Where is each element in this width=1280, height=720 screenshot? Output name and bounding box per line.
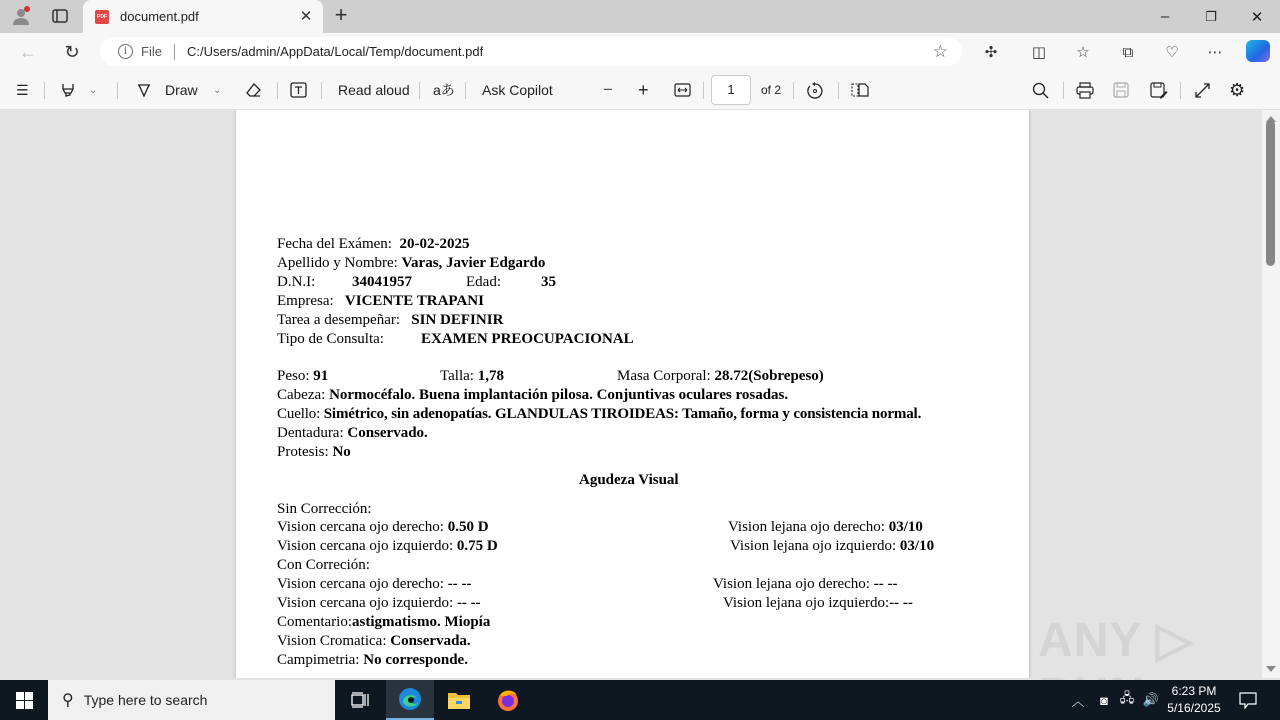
- address-toolbar: ← ↻ i File C:/Users/admin/AppData/Local/…: [0, 33, 1280, 70]
- apellido-nombre: Apellido y Nombre: Varas, Javier Edgardo: [277, 254, 545, 273]
- ask-copilot-button[interactable]: Ask Copilot: [482, 78, 553, 102]
- sin-cerca-der: Vision cercana ojo derecho: 0.50 D: [277, 518, 489, 537]
- campimetria: Campimetria: No corresponde.: [277, 651, 468, 670]
- settings-gear-icon[interactable]: ⚙: [1229, 78, 1245, 102]
- sin-cerca-izq: Vision cercana ojo izquierdo: 0.75 D: [277, 537, 498, 556]
- back-icon[interactable]: ←: [14, 39, 42, 65]
- tipo-consulta: Tipo de Consulta:: [277, 330, 384, 349]
- collections-icon[interactable]: ⧉: [1116, 41, 1140, 63]
- draw-label: Draw: [165, 82, 198, 98]
- peso: Peso: 91: [277, 367, 328, 386]
- divider: [321, 82, 322, 99]
- new-tab-button[interactable]: +: [330, 5, 352, 27]
- favorite-star-icon[interactable]: ☆: [933, 42, 948, 62]
- edge-taskbar-icon[interactable]: [386, 680, 434, 720]
- draw-button[interactable]: Draw: [136, 78, 198, 102]
- add-text-icon[interactable]: [290, 78, 307, 102]
- volume-tray-icon[interactable]: 🔊: [1140, 680, 1162, 720]
- divider: [793, 82, 794, 99]
- restore-button[interactable]: ❐: [1188, 0, 1234, 33]
- action-center-icon[interactable]: [1236, 680, 1260, 720]
- zoom-in-button[interactable]: +: [638, 78, 649, 102]
- edad-value: 35: [541, 273, 556, 292]
- highlight-dropdown-chevron-icon[interactable]: ⌄: [89, 78, 97, 102]
- divider: [838, 82, 839, 99]
- tipo-consulta-value: EXAMEN PREOCUPACIONAL: [421, 330, 634, 349]
- table-of-contents-icon[interactable]: ☰: [16, 78, 29, 102]
- search-icon: ⚲: [62, 690, 74, 710]
- info-icon[interactable]: i: [118, 44, 133, 59]
- tab-title: document.pdf: [120, 9, 199, 24]
- sin-lejos-izq: Vision lejana ojo izquierdo: 03/10: [730, 537, 934, 556]
- fecha-examen: Fecha del Exámen: 20-02-2025: [277, 235, 469, 254]
- windows-logo-icon: [16, 692, 33, 709]
- con-cerca-izq: Vision cercana ojo izquierdo: -- --: [277, 594, 481, 613]
- edad: Edad:: [466, 273, 501, 292]
- divider: [174, 44, 175, 60]
- sin-lejos-der: Vision lejana ojo derecho: 03/10: [728, 518, 923, 537]
- cabeza: Cabeza: Normocéfalo. Buena implantación …: [277, 386, 788, 405]
- dni: D.N.I:: [277, 273, 315, 292]
- refresh-icon[interactable]: ↻: [58, 39, 86, 65]
- task-view-icon[interactable]: [336, 680, 384, 720]
- con-lejos-izq: Vision lejana ojo izquierdo:-- --: [723, 594, 913, 613]
- page-view-icon[interactable]: [851, 78, 869, 102]
- pdf-page: Fecha del Exámen: 20-02-2025 Apellido y …: [236, 110, 1029, 678]
- tarea: Tarea a desempeñar: SIN DEFINIR: [277, 311, 503, 330]
- browser-essentials-icon[interactable]: ♡: [1160, 41, 1184, 63]
- pdf-file-icon: PDF: [95, 10, 109, 24]
- page-total-label: of 2: [761, 78, 781, 102]
- draw-dropdown-chevron-icon[interactable]: ⌄: [213, 78, 221, 102]
- vision-cromatica: Vision Cromatica: Conservada.: [277, 632, 471, 651]
- file-explorer-taskbar-icon[interactable]: [435, 680, 483, 720]
- windows-taskbar: ⚲ Type here to search ︿ ◙ 🖧 🔊 6:23 PM 5/…: [0, 680, 1280, 720]
- search-placeholder: Type here to search: [84, 692, 208, 708]
- tab-actions-icon[interactable]: [47, 4, 73, 28]
- divider: [465, 82, 466, 99]
- save-as-icon[interactable]: [1150, 78, 1168, 102]
- rotate-icon[interactable]: [806, 78, 824, 102]
- taskbar-search-box[interactable]: ⚲ Type here to search: [48, 680, 335, 720]
- draw-pen-icon: [136, 82, 152, 98]
- page-number-input[interactable]: 1: [711, 75, 751, 105]
- scrollbar-thumb[interactable]: [1266, 120, 1275, 266]
- start-button[interactable]: [0, 680, 48, 720]
- firefox-taskbar-icon[interactable]: [484, 680, 532, 720]
- dentadura: Dentadura: Conservado.: [277, 424, 428, 443]
- con-correccion-label: Con Correción:: [277, 556, 370, 575]
- divider: [1180, 82, 1181, 99]
- cuello: Cuello: Simétrico, sin adenopatías. GLAN…: [277, 405, 921, 424]
- address-bar[interactable]: i File C:/Users/admin/AppData/Local/Temp…: [100, 37, 962, 66]
- comentario: Comentario:astigmatismo. Miopía: [277, 613, 490, 632]
- split-screen-icon[interactable]: ◫: [1027, 41, 1051, 63]
- divider: [419, 82, 420, 99]
- masa-corporal: Masa Corporal: 28.72(Sobrepeso): [617, 367, 824, 386]
- divider: [1063, 82, 1064, 99]
- clock-time: 6:23 PM: [1162, 683, 1226, 700]
- url-text[interactable]: C:/Users/admin/AppData/Local/Temp/docume…: [187, 44, 483, 59]
- extensions-icon[interactable]: ✣: [979, 41, 1003, 63]
- con-lejos-der: Vision lejana ojo derecho: -- --: [713, 575, 897, 594]
- sin-correccion-label: Sin Corrección:: [277, 500, 372, 519]
- profile-avatar-icon[interactable]: [8, 4, 34, 28]
- show-hidden-icons-chevron-icon[interactable]: ︿: [1068, 680, 1088, 720]
- more-options-icon[interactable]: ⋯: [1203, 41, 1227, 63]
- pdf-toolbar: ☰ ⌄ Draw ⌄ Read aloud aあ Ask Copilot − +…: [0, 70, 1280, 110]
- minimize-button[interactable]: –: [1142, 0, 1188, 33]
- con-cerca-der: Vision cercana ojo derecho: -- --: [277, 575, 471, 594]
- read-aloud-button[interactable]: Read aloud: [338, 78, 410, 102]
- divider: [117, 82, 118, 99]
- highlight-icon[interactable]: [60, 78, 76, 102]
- translate-icon[interactable]: aあ: [433, 78, 455, 102]
- talla: Talla: 1,78: [440, 367, 504, 386]
- empresa: Empresa: VICENTE TRAPANI: [277, 292, 484, 311]
- zoom-out-button[interactable]: −: [603, 78, 613, 102]
- print-icon[interactable]: [1076, 78, 1094, 102]
- favorites-icon[interactable]: ☆: [1071, 41, 1095, 63]
- browser-title-bar: PDF document.pdf ✕ + – ❐ ✕: [0, 0, 1280, 33]
- scheme-label: File: [141, 44, 162, 59]
- copilot-icon[interactable]: [1246, 40, 1270, 62]
- vertical-scrollbar[interactable]: [1262, 110, 1280, 678]
- divider: [277, 82, 278, 99]
- full-screen-icon[interactable]: [1194, 78, 1211, 102]
- pdf-viewer: Fecha del Exámen: 20-02-2025 Apellido y …: [0, 110, 1262, 678]
- fit-to-width-icon[interactable]: [674, 78, 691, 102]
- scroll-down-arrow-icon[interactable]: [1266, 666, 1276, 672]
- taskbar-clock[interactable]: 6:23 PM 5/16/2025: [1162, 683, 1226, 717]
- divider: [44, 82, 45, 99]
- clock-date: 5/16/2025: [1162, 700, 1226, 717]
- network-tray-icon[interactable]: 🖧: [1117, 680, 1137, 720]
- divider: [703, 82, 704, 99]
- dni-value: 34041957: [352, 273, 412, 292]
- agudeza-visual-heading: Agudeza Visual: [579, 471, 679, 490]
- close-tab-icon[interactable]: ✕: [297, 8, 315, 26]
- protesis: Protesis: No: [277, 443, 351, 462]
- close-window-button[interactable]: ✕: [1234, 0, 1280, 33]
- eraser-icon[interactable]: [245, 78, 262, 102]
- camera-tray-icon[interactable]: ◙: [1094, 680, 1114, 720]
- save-icon[interactable]: [1113, 78, 1129, 102]
- tab-document-pdf[interactable]: PDF document.pdf ✕: [83, 0, 323, 33]
- search-icon[interactable]: [1032, 78, 1049, 102]
